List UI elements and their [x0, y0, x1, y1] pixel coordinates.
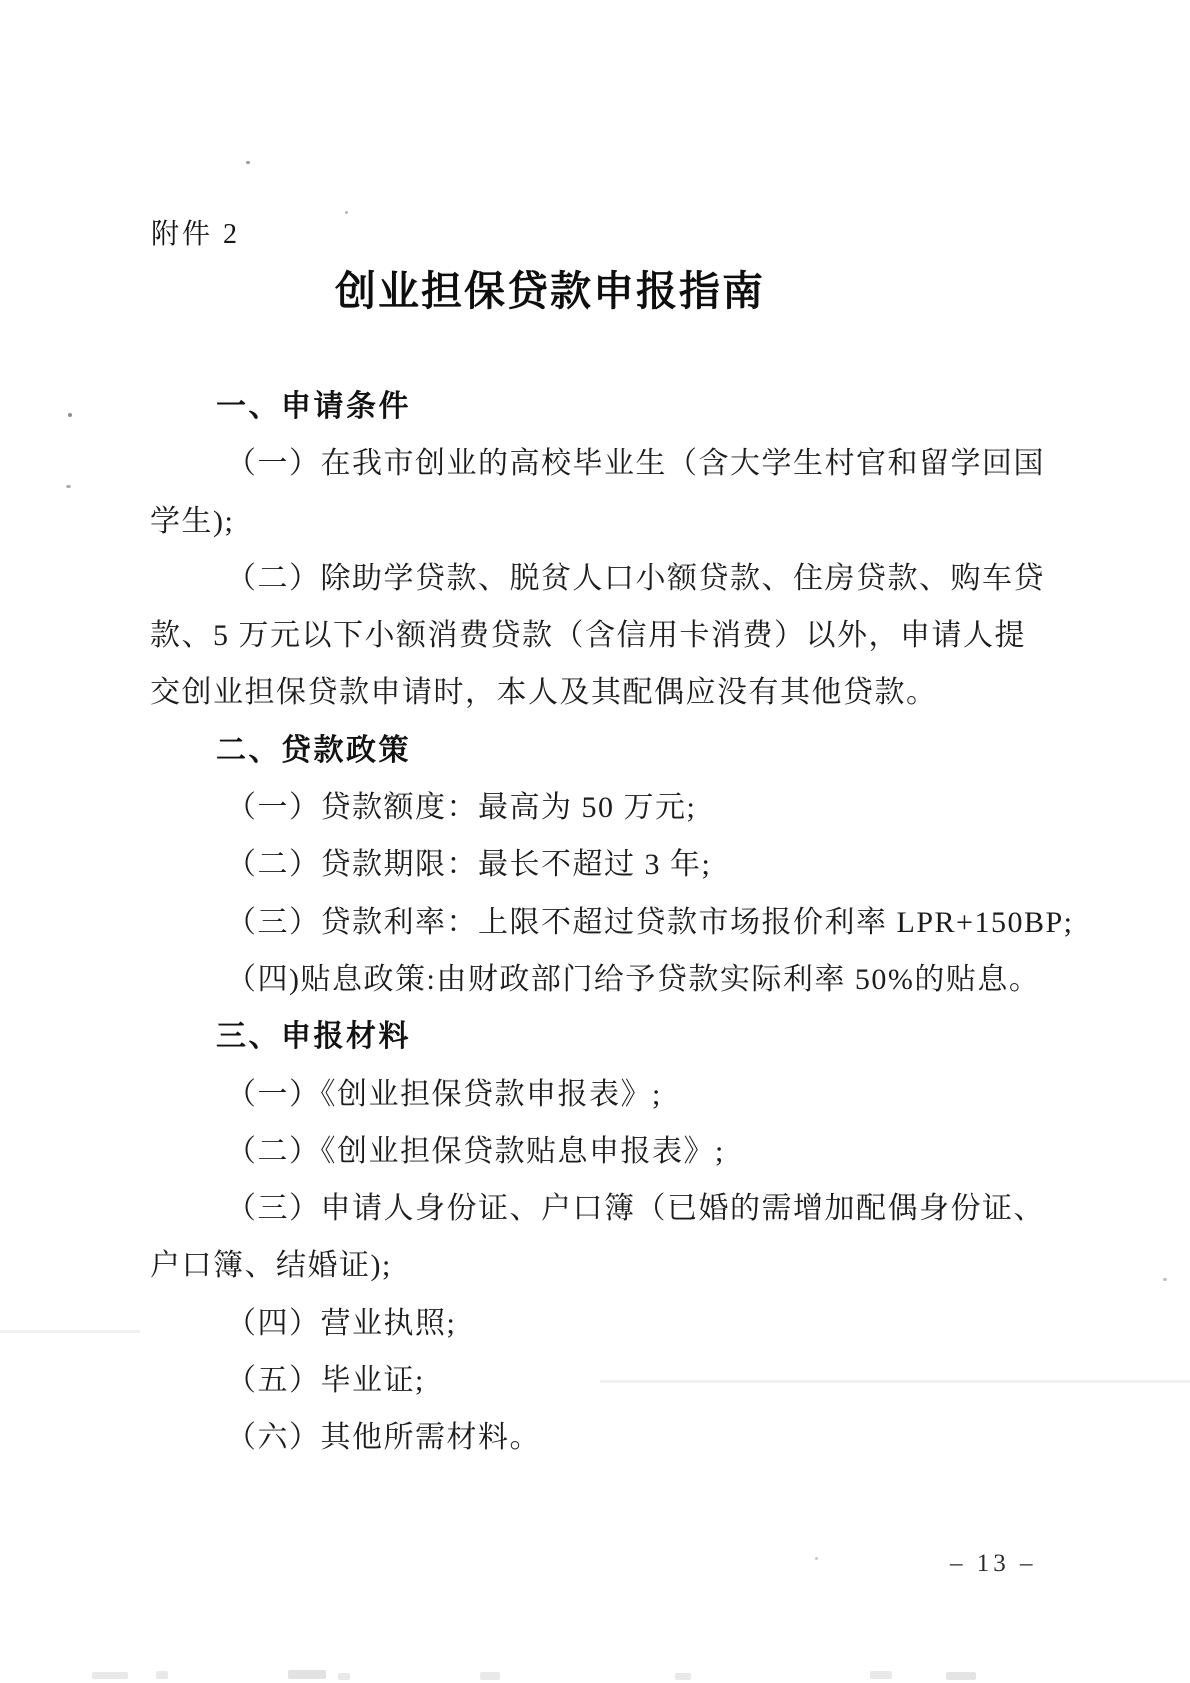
section-2-heading: 二、贷款政策	[150, 722, 1045, 779]
section-3-item-3-line-2: 户口簿、结婚证);	[150, 1237, 1045, 1294]
section-1-item-1-line-1: （一）在我市创业的高校毕业生（含大学生村官和留学回国	[150, 435, 1045, 492]
scan-edge-smudge	[480, 1672, 500, 1680]
section-1-heading: 一、申请条件	[150, 378, 1045, 435]
section-3-heading: 三、申报材料	[150, 1008, 1045, 1065]
scan-streak	[0, 1330, 140, 1333]
section-2-item-3: （三）贷款利率：上限不超过贷款市场报价利率 LPR+150BP;	[150, 894, 1045, 951]
scanned-document-page: 附件 2 创业担保贷款申报指南 一、申请条件 （一）在我市创业的高校毕业生（含大…	[0, 0, 1190, 1683]
section-3-item-3-line-1: （三）申请人身份证、户口簿（已婚的需增加配偶身份证、	[150, 1180, 1045, 1237]
section-1-item-2-line-2: 款、5 万元以下小额消费贷款（含信用卡消费）以外，申请人提	[150, 607, 1045, 664]
section-3-item-2: （二）《创业担保贷款贴息申报表》;	[150, 1123, 1045, 1180]
scan-edge-smudge	[288, 1670, 326, 1679]
section-3-item-6: （六）其他所需材料。	[150, 1409, 1045, 1466]
document-body: 一、申请条件 （一）在我市创业的高校毕业生（含大学生村官和留学回国 学生); （…	[150, 378, 1045, 1467]
section-2-item-4: （四)贴息政策:由财政部门给予贷款实际利率 50%的贴息。	[150, 951, 1045, 1008]
scan-edge-smudge	[156, 1671, 168, 1679]
document-title: 创业担保贷款申报指南	[0, 258, 1190, 317]
scan-speck	[246, 161, 250, 164]
scan-speck	[1163, 1278, 1167, 1281]
scan-speck	[66, 485, 71, 488]
section-2-item-1: （一）贷款额度：最高为 50 万元;	[150, 779, 1045, 836]
scan-edge-smudge	[92, 1672, 128, 1679]
section-3-item-4: （四）营业执照;	[150, 1295, 1045, 1352]
section-3-item-1: （一）《创业担保贷款申报表》;	[150, 1066, 1045, 1123]
attachment-label: 附件 2	[151, 212, 240, 252]
scan-edge-smudge	[946, 1672, 976, 1680]
scan-edge-smudge	[338, 1673, 350, 1680]
page-number: – 13 –	[950, 1550, 1037, 1578]
scan-speck	[68, 413, 72, 417]
scan-speck	[815, 1557, 818, 1560]
section-1-item-1-line-2: 学生);	[150, 493, 1045, 550]
section-2-item-2: （二）贷款期限：最长不超过 3 年;	[150, 836, 1045, 893]
section-1-item-2-line-1: （二）除助学贷款、脱贫人口小额贷款、住房贷款、购车贷	[150, 550, 1045, 607]
scan-edge-smudge	[675, 1673, 691, 1680]
scan-speck	[345, 211, 348, 214]
section-1-item-2-line-3: 交创业担保贷款申请时，本人及其配偶应没有其他贷款。	[150, 664, 1045, 721]
scan-edge-smudge	[870, 1671, 892, 1679]
scan-streak	[600, 1380, 1190, 1383]
